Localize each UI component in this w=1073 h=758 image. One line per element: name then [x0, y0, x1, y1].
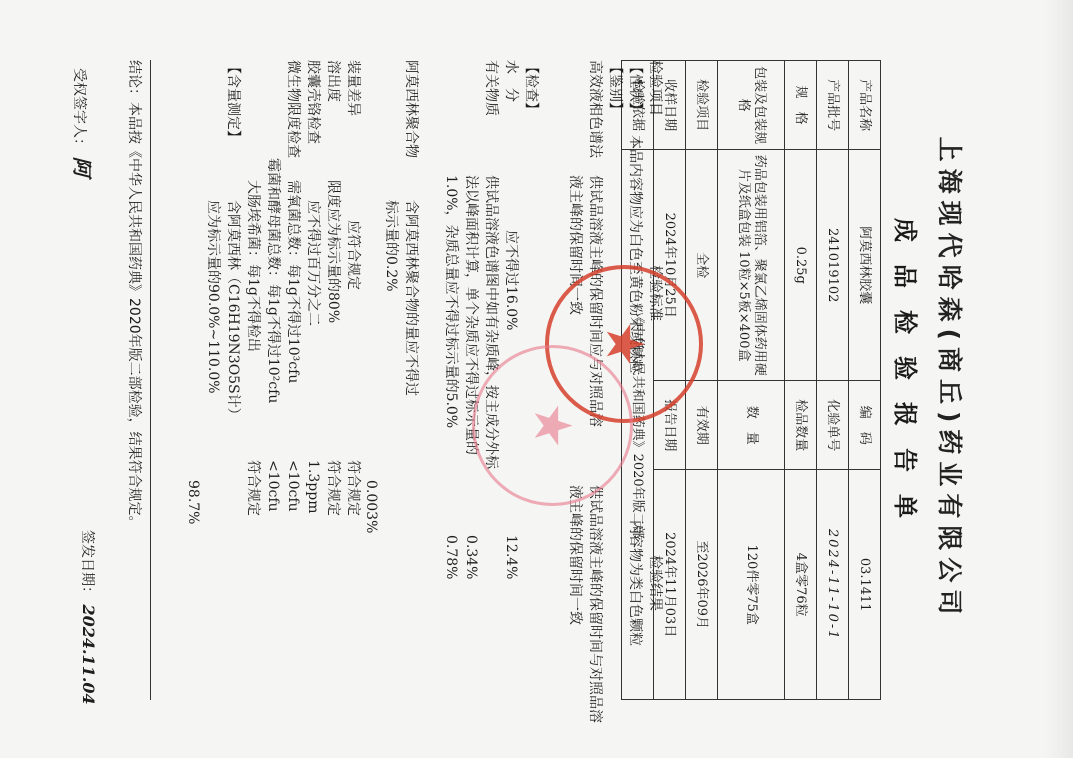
batch-value: 241019102 — [817, 150, 849, 381]
result-row: 【含量测定】 含阿莫西林（C16H19N3O5S计）应为标示量的90.0%~11… — [203, 60, 243, 720]
result-standard: 应不得过百万分之二 — [303, 200, 323, 326]
product-name-label: 产品名称 — [849, 61, 881, 150]
result-row: 大肠埃希菌：每1g不得检出 符合规定 — [243, 60, 263, 720]
spec-label: 规 格 — [785, 61, 817, 150]
table-row: 规 格 0.25g 检品数量 4盒零76粒 — [785, 61, 817, 700]
result-row: 【鉴别】 — [605, 60, 625, 720]
table-row: 包装及包装规格 药品包装用铝箔、聚氯乙烯固体药用硬片及纸盒包装 10粒×5板×4… — [718, 61, 785, 700]
result-row: 水 分 应不得过16.0% 12.4% — [501, 60, 521, 720]
validity-value: 至2026年09月 — [686, 470, 718, 700]
result-value: 供试品溶液主峰的保留时间与对照品溶液主峰的保留时间一致 — [565, 485, 605, 725]
header-item: 检验项目 — [645, 60, 665, 116]
result-item: 阿莫西林聚合物 — [401, 60, 421, 158]
packaging-label: 包装及包装规格 — [718, 61, 785, 150]
sign-date-value: 2024.11.04 — [79, 604, 98, 704]
result-standard: 需氧菌总数：每1g不得过10³cfu — [283, 180, 303, 383]
result-row: 胶囊壳铬检查 应不得过百万分之二 1.3ppm — [303, 60, 323, 720]
result-standard: 霉菌和酵母菌总数：每1g不得过10²cfu — [263, 158, 283, 403]
batch-label: 产品批号 — [817, 61, 849, 150]
result-row: 高效液相色谱法 供试品溶液主峰的保留时间应与对照品溶液主峰的保留时间一致 供试品… — [565, 60, 605, 720]
result-item: 高效液相色谱法 — [585, 60, 605, 158]
result-value: 内容物为类白色颗粒 — [625, 520, 645, 646]
result-value: 符合规定 — [343, 460, 363, 516]
result-item: 微生物限度检查 — [283, 60, 303, 158]
quantity-value: 120件零75盒 — [718, 470, 785, 700]
result-standard: 应不得过16.0% — [501, 230, 521, 330]
result-item: 装量差异 — [343, 60, 363, 116]
result-row: 有关物质 供试品溶液色谱图中如有杂质峰，按主成分外标法以峰面积计算，单个杂质应不… — [421, 60, 501, 720]
result-row: 阿莫西林聚合物 含阿莫西林聚合物的量应不得过标示量的0.2% 0.003% — [381, 60, 421, 720]
conclusion: 结论：本品按《中华人民共和国药典》2020年版二部检验，结果符合规定。 — [125, 60, 145, 530]
authorized-signer: 受权签字人： 阿 — [69, 68, 98, 176]
result-standard: 供试品溶液色谱图中如有杂质峰，按主成分外标法以峰面积计算，单个杂质应不得过标示量… — [441, 175, 501, 475]
result-standard: 本品内容物应为白色至黄色粉末或颗粒 — [625, 135, 645, 373]
issue-date: 签发日期： 2024.11.04 — [78, 530, 98, 705]
result-standard: 含阿莫西林聚合物的量应不得过标示量的0.2% — [381, 200, 421, 400]
result-item: 有关物质 — [481, 60, 501, 116]
result-row: 装量差异 应符合规定 符合规定 — [343, 60, 363, 720]
sample-qty-value: 4盒零76粒 — [785, 470, 817, 700]
result-standard: 大肠埃希菌：每1g不得检出 — [243, 180, 263, 352]
scan-edge — [1045, 0, 1073, 758]
packaging-value: 药品包装用铝箔、聚氯乙烯固体药用硬片及纸盒包装 10粒×5板×400盒 — [718, 150, 785, 381]
document-title: 成品检验报告单 — [890, 0, 925, 758]
result-item: 【含量测定】 — [223, 60, 243, 144]
result-value: 0.34% — [461, 535, 481, 579]
result-row: 【性状】 本品内容物应为白色至黄色粉末或颗粒 内容物为类白色颗粒 — [625, 60, 645, 720]
test-items-value: 全检 — [686, 150, 718, 381]
result-value: 1.3ppm — [303, 460, 323, 513]
result-standard: 应符合规定 — [343, 220, 363, 290]
result-value: 98.7% — [183, 480, 203, 524]
result-row: 微生物限度检查 需氧菌总数：每1g不得过10³cfu <10cfu — [283, 60, 303, 720]
validity-label: 有效期 — [686, 381, 718, 470]
result-item: 【性状】 — [625, 60, 645, 116]
result-standard: 供试品溶液主峰的保留时间应与对照品溶液主峰的保留时间一致 — [565, 175, 605, 430]
result-row: 【检查】 — [521, 60, 541, 720]
result-value: 符合规定 — [243, 460, 263, 516]
result-value: <10cfu — [263, 460, 283, 512]
result-standard: 限度应为标示量的80% — [323, 180, 343, 323]
signer-label: 受权签字人： — [71, 68, 87, 152]
header-standard: 检验标准 — [645, 265, 665, 321]
result-value: <10cfu — [283, 460, 303, 512]
code-value: 03.1411 — [849, 470, 881, 700]
result-value: 12.4% — [501, 535, 521, 579]
result-item: 【鉴别】 — [605, 60, 625, 116]
sign-date-label: 签发日期： — [79, 530, 95, 600]
table-row: 检验项目 全检 有效期 至2026年09月 — [686, 61, 718, 700]
sample-qty-label: 检品数量 — [785, 381, 817, 470]
result-value: 符合规定 — [323, 460, 343, 516]
product-name-value: 阿莫西林胶囊 — [849, 150, 881, 381]
result-row: 溶出度 限度应为标示量的80% 符合规定 — [323, 60, 343, 720]
test-items-label: 检验项目 — [686, 61, 718, 150]
lab-no-label: 化验单号 — [817, 381, 849, 470]
result-item: 水 分 — [501, 60, 521, 102]
result-value: 0.003% — [361, 480, 381, 533]
table-row: 产品名称 阿莫西林胶囊 编 码 03.1411 — [849, 61, 881, 700]
quantity-label: 数 量 — [718, 381, 785, 470]
result-item: 胶囊壳铬检查 — [303, 60, 323, 144]
result-value-2: 0.78% — [441, 535, 461, 579]
results-header: 检验项目 检验标准 检验结果 — [645, 60, 665, 720]
signature: 阿 — [70, 156, 94, 176]
result-standard: 含阿莫西林（C16H19N3O5S计）应为标示量的90.0%~110.0% — [203, 200, 243, 415]
company-name: 上海现代哈森(商丘)药业有限公司 — [933, 0, 969, 758]
result-row: 霉菌和酵母菌总数：每1g不得过10²cfu <10cfu — [263, 60, 283, 720]
lab-no-value: 2024-11-10-1 — [817, 470, 849, 700]
result-item: 【检查】 — [521, 60, 541, 116]
header-result: 检验结果 — [645, 555, 665, 611]
code-label: 编 码 — [849, 381, 881, 470]
table-row: 产品批号 241019102 化验单号 2024-11-10-1 — [817, 61, 849, 700]
spec-value: 0.25g — [785, 150, 817, 381]
result-item: 溶出度 — [323, 60, 343, 102]
report-page: 上海现代哈森(商丘)药业有限公司 成品检验报告单 产品名称 阿莫西林胶囊 编 码… — [0, 0, 1073, 758]
divider — [150, 60, 151, 700]
